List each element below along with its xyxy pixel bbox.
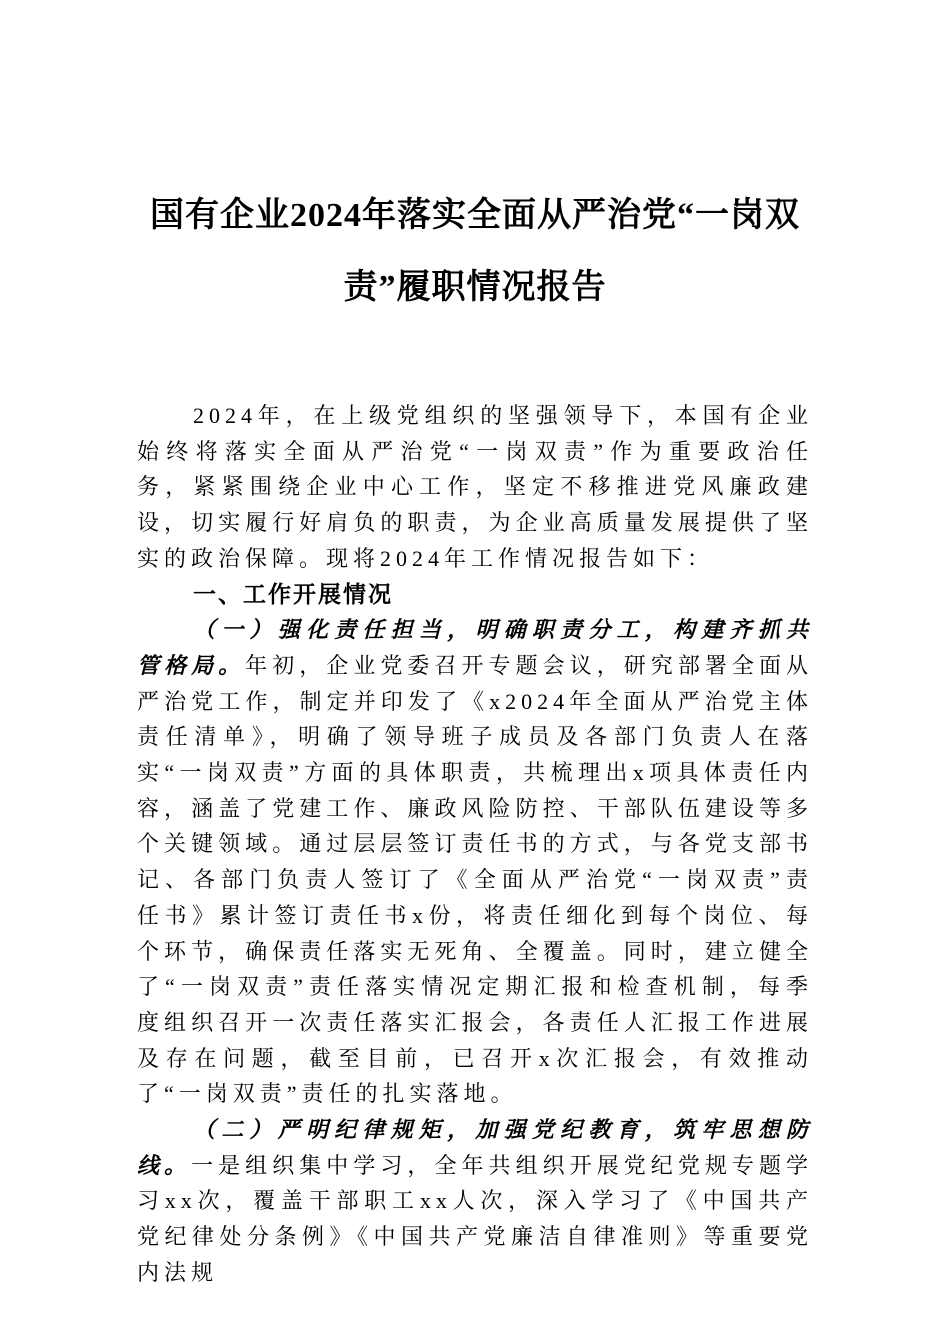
paragraph-lead-emphasis: （二）严明纪律规矩，加强党纪教育，筑牢思想防线。 [137,1117,813,1178]
document-body: 2024年，在上级党组织的坚强领导下，本国有企业始终将落实全面从严治党“一岗双责… [137,398,813,1291]
body-paragraph: （二）严明纪律规矩，加强党纪教育，筑牢思想防线。一是组织集中学习，全年共组织开展… [137,1112,813,1291]
body-paragraph: 2024年，在上级党组织的坚强领导下，本国有企业始终将落实全面从严治党“一岗双责… [137,398,813,577]
paragraph-lead-emphasis: （一）强化责任担当，明确职责分工，构建齐抓共管格局。 [137,617,813,678]
document-title: 国有企业2024年落实全面从严治党“一岗双责”履职情况报告 [137,180,813,324]
body-paragraph: （一）强化责任担当，明确职责分工，构建齐抓共管格局。年初，企业党委召开专题会议，… [137,612,813,1112]
document-page: 国有企业2024年落实全面从严治党“一岗双责”履职情况报告 2024年，在上级党… [0,0,950,1344]
section-heading: 一、工作开展情况 [137,577,813,613]
